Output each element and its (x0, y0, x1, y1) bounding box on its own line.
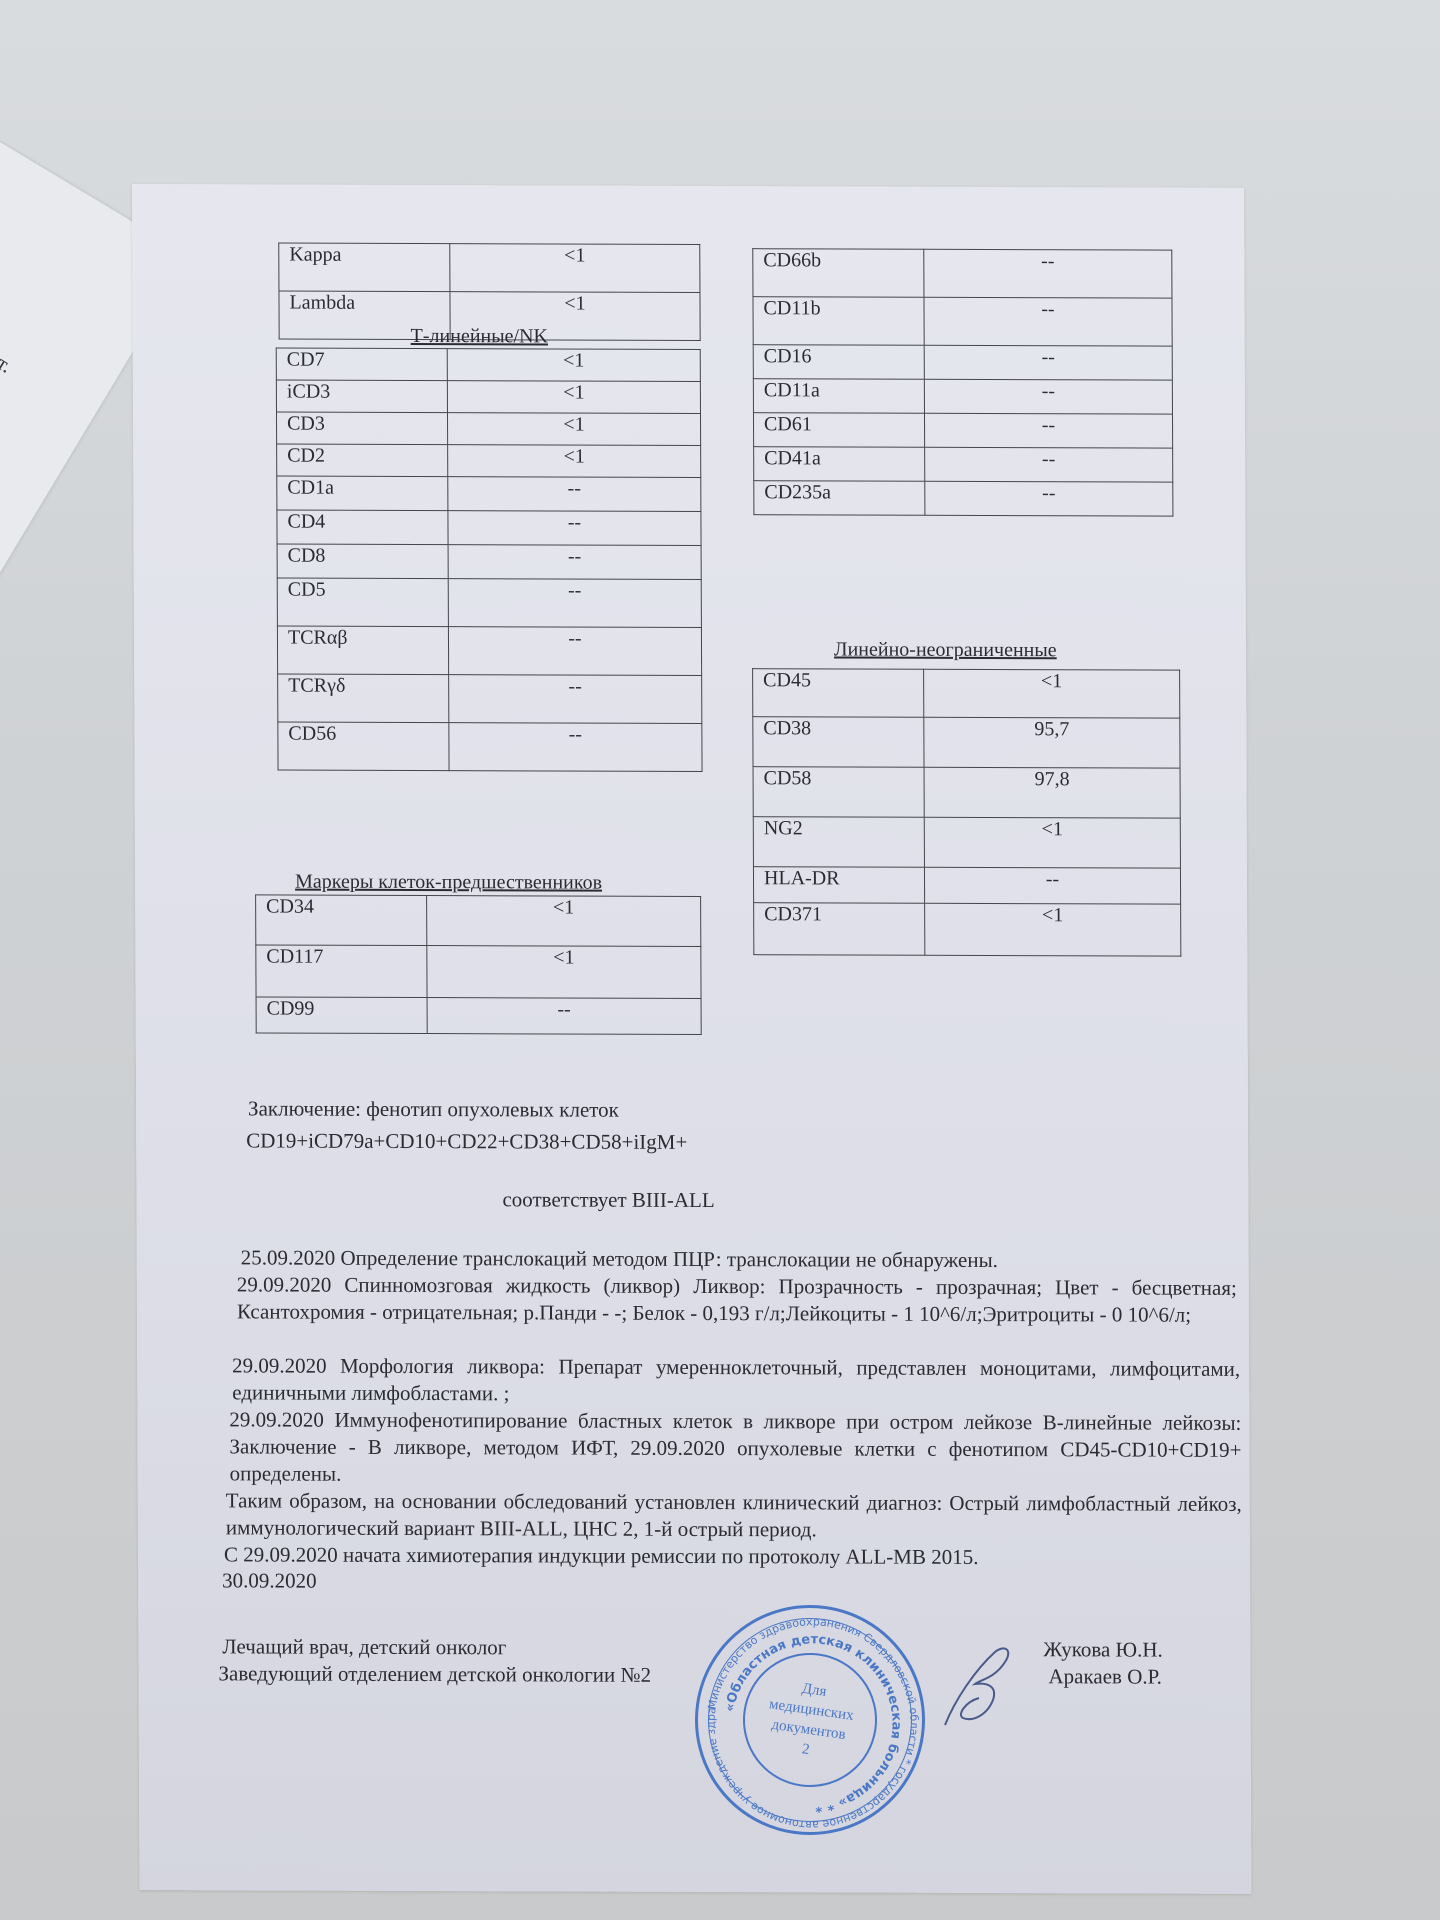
marker-name: CD16 (753, 345, 924, 380)
marker-name: Kappa (279, 243, 450, 292)
marker-value: -- (449, 723, 702, 772)
marker-name: CD371 (754, 903, 925, 956)
marker-name: TCRγδ (278, 674, 449, 723)
marker-name: CD34 (256, 895, 427, 946)
marker-value: <1 (447, 381, 700, 414)
conclusion-phenotype: CD19+iCD79a+CD10+CD22+CD38+CD58+iIgM+ (246, 1128, 687, 1155)
document-date: 30.09.2020 (222, 1568, 317, 1593)
section-title-precursors: Маркеры клеток-предшественников (295, 871, 602, 895)
marker-name: HLA-DR (753, 867, 924, 904)
marker-name: CD8 (277, 544, 448, 579)
marker-value: -- (924, 867, 1180, 904)
marker-value: -- (448, 477, 701, 512)
background-sheet-text: ен, энтерально усваивает.ъекционный экхи… (0, 239, 17, 512)
marker-name: CD56 (278, 722, 449, 771)
table-row: CD4-- (277, 510, 701, 545)
attending-name: Жукова Ю.Н. (1043, 1637, 1162, 1662)
marker-value: <1 (925, 903, 1181, 956)
table-row: CD11a-- (753, 379, 1172, 414)
marker-value: <1 (427, 946, 701, 999)
head-name: Аракаев О.Р. (1048, 1664, 1162, 1689)
table-row: CD66b-- (753, 249, 1172, 298)
marker-value: -- (448, 511, 701, 546)
marker-value: -- (924, 413, 1172, 448)
section-title-t-nk: Т-линейные/NK (411, 325, 548, 348)
pcr-result: 25.09.2020 Определение транслокаций мето… (241, 1244, 1241, 1274)
marker-name: CD41a (754, 447, 925, 482)
conclusion-variant: соответствует BIII-ALL (502, 1187, 714, 1213)
marker-value: <1 (447, 349, 700, 382)
marker-name: CD11a (753, 379, 924, 414)
table-row: CD117<1 (256, 945, 701, 999)
marker-value: -- (449, 675, 702, 724)
marker-value: <1 (924, 669, 1180, 718)
marker-value: -- (924, 379, 1172, 414)
table-row: CD7<1 (276, 348, 700, 381)
csf-result: 29.09.2020 Спинномозговая жидкость (ликв… (237, 1271, 1237, 1328)
marker-name: NG2 (753, 817, 924, 868)
marker-value: -- (448, 627, 701, 676)
section-title-unrestricted: Линейно-неограниченные (834, 638, 1057, 662)
marker-name: iCD3 (276, 380, 447, 413)
marker-value: <1 (427, 896, 701, 947)
marker-value: <1 (450, 244, 700, 293)
marker-name: CD235a (754, 481, 925, 516)
myeloid-table: CD66b--CD11b--CD16--CD11a--CD61--CD41a--… (752, 248, 1173, 516)
clinical-diagnosis: Таким образом, на основании обследований… (226, 1487, 1242, 1545)
marker-value: -- (427, 998, 701, 1035)
marker-name: TCRαβ (277, 626, 448, 675)
table-row: iCD3<1 (276, 380, 700, 413)
table-row: CD2<1 (277, 444, 701, 477)
marker-name: CD7 (276, 348, 447, 381)
table-row: CD34<1 (256, 895, 701, 947)
table-row: TCRαβ-- (277, 626, 701, 675)
marker-name: CD99 (256, 997, 427, 1034)
conclusion-heading: Заключение: фенотип опухолевых клеток (248, 1096, 619, 1122)
marker-name: CD117 (256, 945, 427, 998)
table-row: CD371<1 (754, 903, 1181, 956)
table-row: CD41a-- (754, 447, 1173, 482)
marker-value: -- (925, 447, 1173, 482)
marker-value: <1 (448, 445, 701, 478)
signature-icon (935, 1640, 1025, 1740)
table-row: CD99-- (256, 997, 701, 1035)
attending-role: Лечащий врач, детский онколог (222, 1634, 506, 1660)
therapy-start: С 29.09.2020 начата химиотерапия индукци… (224, 1541, 1242, 1572)
marker-name: CD58 (753, 767, 924, 818)
table-row: CD3<1 (276, 412, 700, 445)
table-row: TCRγδ-- (278, 674, 702, 723)
document-page: Kappa<1Lambda<1 Т-линейные/NK CD7<1iCD3<… (132, 184, 1251, 1894)
precursors-table: CD34<1CD117<1CD99-- (255, 894, 702, 1035)
stamp-line: 2 (801, 1739, 811, 1760)
table-row: CD235a-- (754, 481, 1173, 516)
marker-name: CD45 (753, 669, 924, 718)
marker-name: CD5 (277, 578, 448, 627)
table-row: CD5-- (277, 578, 701, 627)
table-row: HLA-DR-- (753, 867, 1180, 904)
marker-value: 95,7 (924, 717, 1180, 768)
head-role: Заведующий отделением детской онкологии … (218, 1661, 651, 1688)
csf-morphology: 29.09.2020 Морфология ликвора: Препарат … (232, 1352, 1240, 1410)
marker-value: -- (448, 545, 701, 580)
marker-value: <1 (924, 817, 1180, 868)
marker-value: -- (924, 249, 1172, 298)
marker-name: CD38 (753, 717, 924, 768)
table-row: CD11b-- (753, 297, 1172, 346)
table-row: CD61-- (753, 413, 1172, 448)
table-row: CD56-- (278, 722, 702, 771)
marker-name: CD1a (277, 476, 448, 511)
marker-name: CD2 (277, 444, 448, 477)
marker-name: CD61 (753, 413, 924, 448)
marker-value: -- (925, 481, 1173, 516)
official-stamp: Министерство здравоохранения Свердловско… (680, 1590, 940, 1850)
t-nk-table: CD7<1iCD3<1CD3<1CD2<1CD1a--CD4--CD8--CD5… (276, 348, 703, 772)
table-row: CD3895,7 (753, 717, 1180, 768)
csf-immunophenotyping: 29.09.2020 Иммунофенотипирование бластны… (229, 1406, 1241, 1491)
marker-name: CD11b (753, 297, 924, 346)
table-row: CD8-- (277, 544, 701, 579)
marker-value: <1 (447, 413, 700, 446)
table-row: CD45<1 (753, 669, 1180, 718)
table-row: CD16-- (753, 345, 1172, 380)
marker-value: 97,8 (924, 767, 1180, 818)
marker-value: -- (924, 297, 1172, 346)
table-row: NG2<1 (753, 817, 1180, 868)
table-row: CD5897,8 (753, 767, 1180, 818)
background-text-line: ен, энтерально усваивает. (0, 239, 17, 379)
marker-name: CD4 (277, 510, 448, 545)
unrestricted-table: CD45<1CD3895,7CD5897,8NG2<1HLA-DR--CD371… (752, 668, 1181, 957)
marker-name: CD3 (276, 412, 447, 445)
marker-name: CD66b (753, 249, 924, 298)
marker-value: -- (448, 579, 701, 628)
marker-value: -- (924, 345, 1172, 380)
table-row: CD1a-- (277, 476, 701, 511)
table-row: Kappa<1 (279, 243, 700, 292)
